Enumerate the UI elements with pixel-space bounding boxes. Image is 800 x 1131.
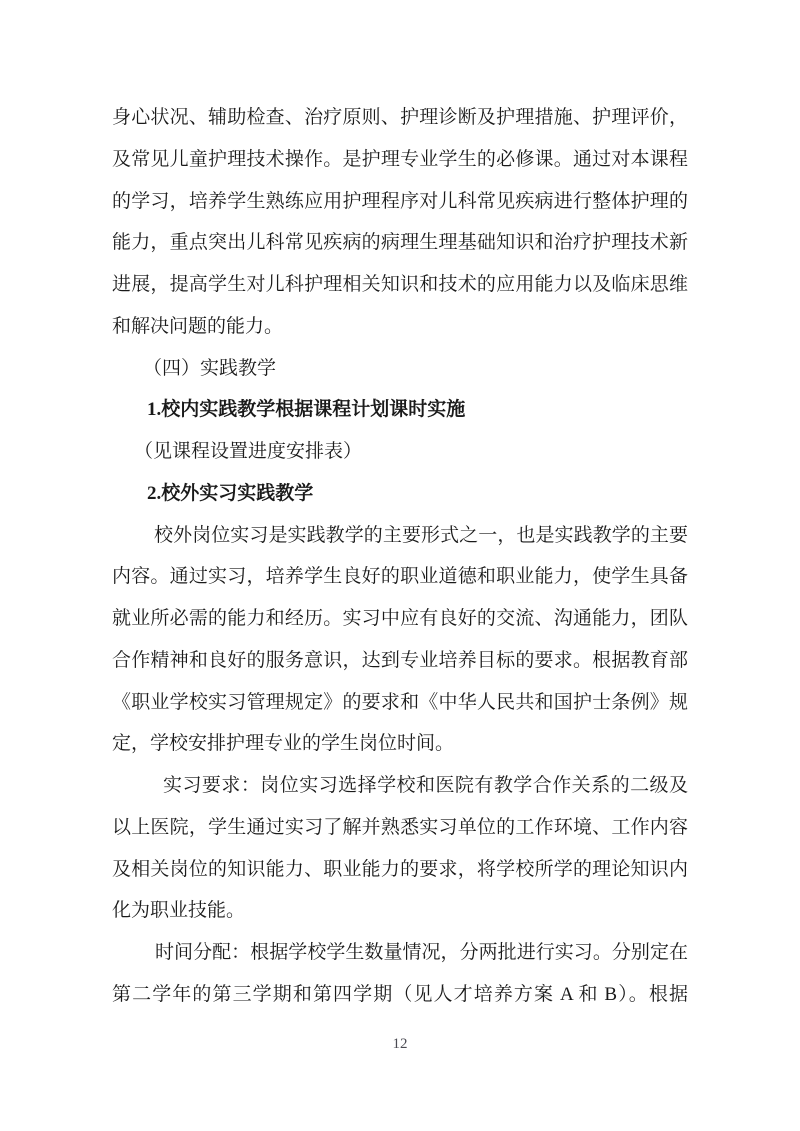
text-line: 2.校外实习实践教学	[112, 473, 688, 515]
paragraph-external-internship: 校外岗位实习是实践教学的主要形式之一，也是实践教学的主要内容。通过实习，培养学生…	[112, 515, 688, 766]
text-line: 就业所必需的能力和经历。实习中应有良好的交流、沟通能力，团队	[112, 598, 688, 640]
note-see-schedule: （见课程设置进度安排表）	[112, 431, 688, 473]
text-line: 实习要求：岗位实习选择学校和医院有教学合作关系的二级及	[112, 765, 688, 807]
paragraph-course-description: 身心状况、辅助检查、治疗原则、护理诊断及护理措施、护理评价，及常见儿童护理技术操…	[112, 97, 688, 348]
text-line: 和解决问题的能力。	[112, 306, 688, 348]
numbered-heading-in-school-practice: 1.校内实践教学根据课程计划课时实施	[112, 389, 688, 431]
text-line: 进展，提高学生对儿科护理相关知识和技术的应用能力以及临床思维	[112, 264, 688, 306]
text-line: 校外岗位实习是实践教学的主要形式之一，也是实践教学的主要	[112, 515, 688, 557]
text-line: 化为职业技能。	[112, 890, 688, 932]
text-line: 1.校内实践教学根据课程计划课时实施	[112, 389, 688, 431]
text-line: 第二学年的第三学期和第四学期（见人才培养方案 A 和 B）。根据	[112, 974, 688, 1016]
text-line: 内容。通过实习，培养学生良好的职业道德和职业能力，使学生具备	[112, 556, 688, 598]
text-line: （见课程设置进度安排表）	[112, 431, 688, 473]
text-line: 定，学校安排护理专业的学生岗位时间。	[112, 723, 688, 765]
text-line: 能力，重点突出儿科常见疾病的病理生理基础知识和治疗护理技术新	[112, 222, 688, 264]
text-line: 合作精神和良好的服务意识，达到专业培养目标的要求。根据教育部	[112, 640, 688, 682]
page-number: 12	[0, 1034, 800, 1054]
document-page: 身心状况、辅助检查、治疗原则、护理诊断及护理措施、护理评价，及常见儿童护理技术操…	[0, 0, 800, 1131]
text-line: 及相关岗位的知识能力、职业能力的要求，将学校所学的理论知识内	[112, 849, 688, 891]
text-line: 时间分配：根据学校学生数量情况，分两批进行实习。分别定在	[112, 932, 688, 974]
text-line: 的学习，培养学生熟练应用护理程序对儿科常见疾病进行整体护理的	[112, 181, 688, 223]
text-line: 以上医院，学生通过实习了解并熟悉实习单位的工作环境、工作内容	[112, 807, 688, 849]
paragraph-time-allocation: 时间分配：根据学校学生数量情况，分两批进行实习。分别定在第二学年的第三学期和第四…	[112, 932, 688, 1016]
paragraph-internship-requirements: 实习要求：岗位实习选择学校和医院有教学合作关系的二级及以上医院，学生通过实习了解…	[112, 765, 688, 932]
text-line: 身心状况、辅助检查、治疗原则、护理诊断及护理措施、护理评价，	[112, 97, 688, 139]
document-body: 身心状况、辅助检查、治疗原则、护理诊断及护理措施、护理评价，及常见儿童护理技术操…	[112, 97, 688, 1016]
text-line: 及常见儿童护理技术操作。是护理专业学生的必修课。通过对本课程	[112, 139, 688, 181]
section-heading-practice-teaching: （四）实践教学	[112, 348, 688, 390]
text-line: 《职业学校实习管理规定》的要求和《中华人民共和国护士条例》规	[112, 682, 688, 724]
text-line: （四）实践教学	[112, 348, 688, 390]
numbered-heading-external-practice: 2.校外实习实践教学	[112, 473, 688, 515]
